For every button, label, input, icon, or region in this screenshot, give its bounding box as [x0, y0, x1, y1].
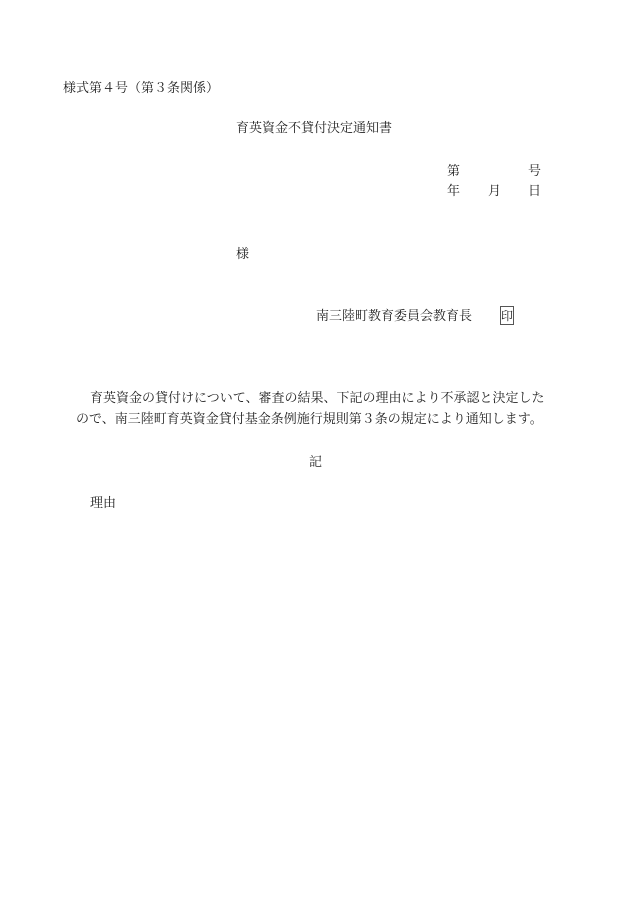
- reason-label: 理由: [90, 497, 116, 510]
- ki-heading: 記: [309, 456, 322, 469]
- number-prefix: 第: [447, 165, 460, 178]
- document-title: 育英資金不貸付決定通知書: [236, 122, 392, 135]
- date-year: 年: [447, 185, 460, 198]
- number-suffix: 号: [528, 165, 541, 178]
- recipient-honorific: 様: [236, 248, 249, 261]
- seal-stamp-icon: 印: [500, 306, 514, 325]
- body-text-line-2: ので、南三陸町育英資金貸付基金条例施行規則第３条の規定により通知します。: [76, 413, 543, 426]
- issuer-name: 南三陸町教育委員会教育長: [316, 310, 472, 323]
- body-text-line-1: 育英資金の貸付けについて、審査の結果、下記の理由により不承認と決定した: [90, 392, 544, 405]
- date-day: 日: [528, 185, 541, 198]
- date-month: 月: [488, 185, 501, 198]
- form-number: 様式第４号（第３条関係）: [63, 82, 219, 95]
